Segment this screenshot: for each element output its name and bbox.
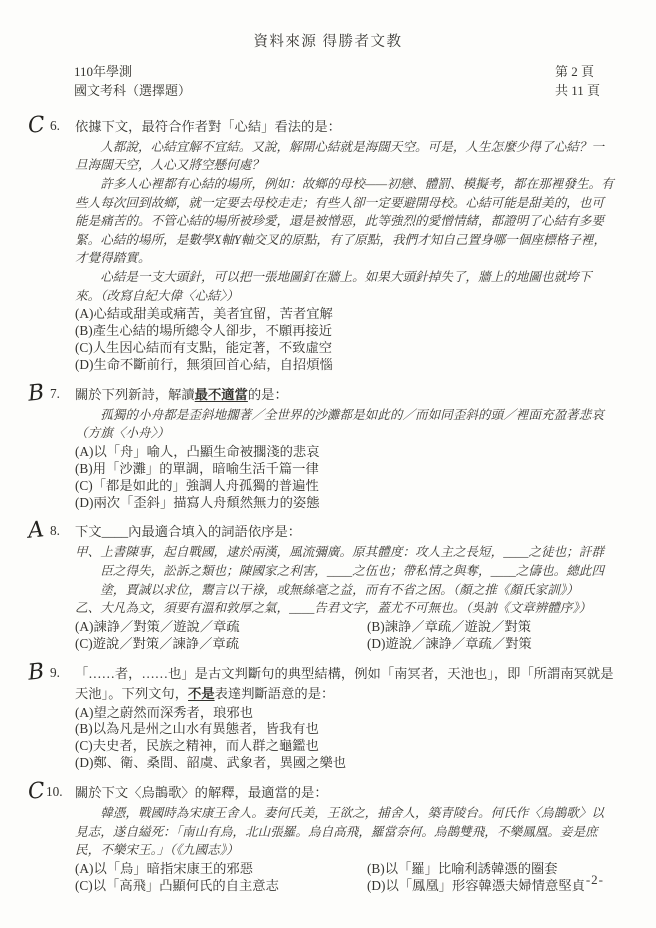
reading-passage: 孤獨的小舟都是歪斜地擱著／全世界的沙灘都是如此的／而如同歪斜的頭／裡面充盈著悲哀… [75, 406, 614, 443]
option-b: (B)以為凡是州之山水有異態者，皆我有也 [75, 721, 614, 738]
exam-info: 110年學測 國文考科（選擇題） [74, 63, 191, 101]
passage-paragraph: 韓憑，戰國時為宋康王舍人。妻何氏美，王欲之，捕舍人，築青陵台。何氏作〈烏鵲歌〉以… [75, 804, 614, 860]
question-6: C 6. 依據下文，最符合作者對「心結」看法的是： 人都說，心結宜解不宜結。又說… [0, 117, 656, 374]
question-stem: 關於下文〈烏鵲歌〉的解釋，最適當的是： [75, 783, 614, 803]
passage-paragraph: 許多人心裡都有心結的場所，例如：故鄉的母校——初戀、體罰、模擬考，都在那裡發生。… [75, 175, 614, 268]
answer-options: (A)望之蔚然而深秀者，琅邪也 (B)以為凡是州之山水有異態者，皆我有也 (C)… [75, 705, 614, 773]
option-a: (A)心結或甜美或痛苦，美者宜留，苦者宜解 [75, 306, 614, 323]
question-9: B 9. 「……者，……也」是古文判斷句的典型結構，例如「南冥者，天池也」，即「… [0, 664, 656, 772]
question-10: C 10. 關於下文〈烏鵲歌〉的解釋，最適當的是： 韓憑，戰國時為宋康王舍人。妻… [0, 783, 656, 895]
question-8: A 8. 下文____內最適合填入的詞語依序是： 甲、 上書陳事，起自戰國，逮於… [0, 522, 656, 652]
page-indicator: 第 2 頁 共 11 頁 [555, 63, 600, 101]
handwritten-answer-mark: A [27, 518, 45, 545]
question-stem: 關於下列新詩，解讀最不適當的是： [75, 385, 614, 405]
handwritten-answer-mark: C [27, 778, 46, 805]
passage-paragraph: 孤獨的小舟都是歪斜地擱著／全世界的沙灘都是如此的／而如同歪斜的頭／裡面充盈著悲哀… [75, 406, 614, 443]
exam-title: 110年學測 [74, 63, 191, 82]
stem-text: 下文____內最適合填入的詞語依序是： [75, 524, 301, 539]
option-c: (C)以「高飛」凸顯何氏的自主意志 [75, 878, 367, 895]
option-b: (B)用「沙灘」的單調，暗喻生活千篇一律 [75, 461, 614, 478]
option-c: (C)「都是如此的」強調人舟孤獨的普遍性 [75, 478, 614, 495]
question-stem: 依據下文，最符合作者對「心結」看法的是： [75, 117, 614, 137]
reading-passage: 人都說，心結宜解不宜結。又說，解開心結就是海闊天空。可是，人生怎麼少得了心結？一… [75, 138, 614, 306]
option-a: (A)以「舟」喻人，凸顯生命被擱淺的悲哀 [75, 444, 614, 461]
option-a: (A)望之蔚然而深秀者，琅邪也 [75, 705, 614, 722]
passage-item-text: 上書陳事，起自戰國，逮於兩漢，風流彌廣。原其體度：攻人主之長短，____之徒也；… [100, 543, 614, 599]
option-d: (D)兩次「歪斜」描寫人舟頹然無力的姿態 [75, 495, 614, 512]
question-number: 10. [46, 784, 63, 800]
stem-text: 關於下文〈烏鵲歌〉的解釋，最適當的是： [75, 785, 328, 800]
answer-options: (A)心結或甜美或痛苦，美者宜留，苦者宜解 (B)產生心結的場所總令人卻步，不願… [75, 306, 614, 374]
stem-emphasis: 不是 [188, 686, 215, 701]
option-c: (C)遊說／對策／諫諍／章疏 [75, 636, 367, 653]
passage-paragraph: 人都說，心結宜解不宜結。又說，解開心結就是海闊天空。可是，人生怎麼少得了心結？一… [75, 138, 614, 175]
exam-page: 資料來源 得勝者文教 110年學測 國文考科（選擇題） 第 2 頁 共 11 頁… [0, 0, 656, 928]
passage-item-label: 甲、 [75, 543, 100, 599]
answer-options: (A)以「舟」喻人，凸顯生命被擱淺的悲哀 (B)用「沙灘」的單調，暗喻生活千篇一… [75, 444, 614, 512]
stem-text: 依據下文，最符合作者對「心結」看法的是： [75, 119, 341, 134]
handwritten-answer-mark: C [27, 112, 46, 139]
option-d: (D)遊說／諫諍／章疏／對策 [367, 636, 614, 653]
option-d: (D)生命不斷前行，無須回首心結，自招煩惱 [75, 357, 614, 374]
option-d: (D)以「鳳凰」形容韓憑夫婦情意堅貞 [367, 878, 614, 895]
question-list: C 6. 依據下文，最符合作者對「心結」看法的是： 人都說，心結宜解不宜結。又說… [0, 101, 656, 895]
question-7: B 7. 關於下列新詩，解讀最不適當的是： 孤獨的小舟都是歪斜地擱著／全世界的沙… [0, 385, 656, 512]
subject-title: 國文考科（選擇題） [74, 82, 191, 101]
stem-text-post: 的是： [248, 387, 288, 402]
handwritten-answer-mark: B [27, 380, 46, 407]
page-number-label: 第 2 頁 [555, 63, 600, 82]
passage-item-yi: 乙、 大凡為文，須要有溫和敦厚之氣，____告君文字，蓋尤不可無也。（吳訥《文章… [75, 599, 614, 618]
question-stem: 下文____內最適合填入的詞語依序是： [75, 522, 614, 542]
option-c: (C)夫史者，民族之精神，而人群之龜鑑也 [75, 738, 614, 755]
passage-item-text: 大凡為文，須要有溫和敦厚之氣，____告君文字，蓋尤不可無也。（吳訥《文章辨體序… [100, 599, 614, 618]
page-footer: -2- [586, 872, 604, 888]
question-number: 6. [50, 118, 60, 134]
question-stem: 「……者，……也」是古文判斷句的典型結構，例如「南冥者，天池也」，即「所謂南冥就… [75, 664, 614, 704]
passage-item-jia: 甲、 上書陳事，起自戰國，逮於兩漢，風流彌廣。原其體度：攻人主之長短，____之… [75, 543, 614, 599]
option-d: (D)鄭、衛、桑間、韶虞、武象者，異國之樂也 [75, 755, 614, 772]
reading-passage: 甲、 上書陳事，起自戰國，逮於兩漢，風流彌廣。原其體度：攻人主之長短，____之… [75, 543, 614, 618]
stem-emphasis: 最不適當 [195, 387, 248, 402]
option-a: (A)諫諍／對策／遊說／章疏 [75, 619, 367, 636]
option-b: (B)以「羅」比喻利誘韓憑的圈套 [367, 861, 614, 878]
page-total-label: 共 11 頁 [555, 82, 600, 101]
option-a: (A)以「烏」暗指宋康王的邪惡 [75, 861, 367, 878]
stem-text-post: 表達判斷語意的是： [215, 686, 335, 701]
reading-passage: 韓憑，戰國時為宋康王舍人。妻何氏美，王欲之，捕舍人，築青陵台。何氏作〈烏鵲歌〉以… [75, 804, 614, 860]
source-label: 資料來源 得勝者文教 [0, 0, 656, 51]
question-number: 7. [50, 386, 60, 402]
answer-options: (A)以「烏」暗指宋康王的邪惡 (B)以「羅」比喻利誘韓憑的圈套 (C)以「高飛… [75, 861, 614, 895]
stem-text: 「……者，……也」是古文判斷句的典型結構，例如「南冥者，天池也」，即「所謂南冥就… [75, 666, 614, 701]
page-header: 110年學測 國文考科（選擇題） 第 2 頁 共 11 頁 [0, 51, 656, 101]
option-c: (C)人生因心結而有支點，能定著，不致虛空 [75, 340, 614, 357]
handwritten-answer-mark: B [27, 659, 46, 686]
option-b: (B)產生心結的場所總令人卻步，不願再接近 [75, 323, 614, 340]
stem-text: 關於下列新詩，解讀 [75, 387, 195, 402]
option-b: (B)諫諍／章疏／遊說／對策 [367, 619, 614, 636]
passage-item-label: 乙、 [75, 599, 100, 618]
question-number: 9. [50, 665, 60, 681]
question-number: 8. [50, 523, 60, 539]
passage-paragraph: 心結是一支大頭針，可以把一張地圖釘在牆上。如果大頭針掉失了，牆上的地圖也就垮下來… [75, 268, 614, 305]
answer-options: (A)諫諍／對策／遊說／章疏 (B)諫諍／章疏／遊說／對策 (C)遊說／對策／諫… [75, 619, 614, 653]
